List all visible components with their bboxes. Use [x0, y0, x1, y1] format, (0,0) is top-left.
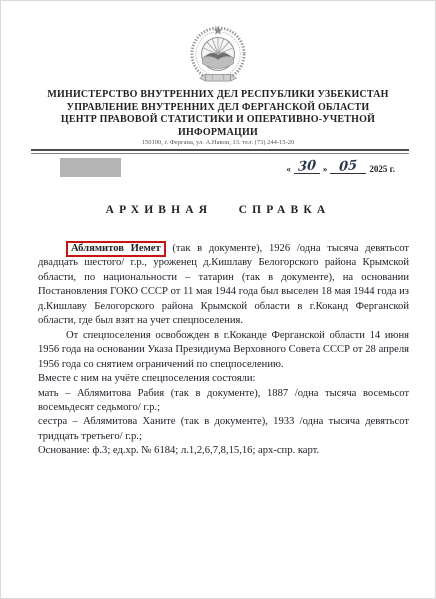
paragraph-release: От спецпоселения освобожден в г.Коканде …	[38, 329, 409, 372]
date-close-quote: »	[323, 164, 328, 174]
date-year: 2025 г.	[369, 164, 395, 174]
highlighted-subject-name: Аблямитов Иемет	[66, 241, 166, 257]
handwritten-day: 30	[298, 160, 317, 174]
paragraph-basis: Основание: ф.3; ед.хр. № 6184; л.1,2,6,7…	[38, 444, 409, 458]
archival-certificate-page: МИНИСТЕРСТВО ВНУТРЕННИХ ДЕЛ РЕСПУБЛИКИ У…	[0, 0, 436, 599]
redacted-number-block	[60, 158, 121, 177]
paragraph-mother: мать – Аблямитова Рабия (так в документе…	[38, 387, 409, 416]
uzbekistan-emblem-icon	[187, 25, 249, 88]
date-month-field: 05	[330, 161, 366, 174]
letterhead-line-2: УПРАВЛЕНИЕ ВНУТРЕННИХ ДЕЛ ФЕРГАНСКОЙ ОБЛ…	[19, 102, 417, 115]
certificate-body: Аблямитов Иемет (так в документе), 1926 …	[38, 242, 409, 459]
handwritten-month: 05	[339, 160, 358, 174]
header-divider-thin	[31, 153, 409, 154]
document-title: АРХИВНАЯ СПРАВКА	[1, 204, 435, 216]
letterhead-line-3: ЦЕНТР ПРАВОВОЙ СТАТИСТИКИ И ОПЕРАТИВНО-У…	[19, 114, 417, 127]
paragraph-sister: сестра – Аблямитова Ханите (так в докуме…	[38, 415, 409, 444]
ministry-letterhead: МИНИСТЕРСТВО ВНУТРЕННИХ ДЕЛ РЕСПУБЛИКИ У…	[19, 89, 417, 139]
letterhead-line-1: МИНИСТЕРСТВО ВНУТРЕННИХ ДЕЛ РЕСПУБЛИКИ У…	[19, 89, 417, 102]
header-divider-thick	[31, 149, 409, 151]
date-day-field: 30	[294, 161, 320, 174]
date-open-quote: «	[286, 164, 291, 174]
letterhead-address: 150100, г. Фергана, ул. А.Навои, 13. тел…	[1, 139, 435, 146]
letterhead-line-4: ИНФОРМАЦИИ	[19, 127, 417, 140]
paragraph-subject-text: (так в документе), 1926 /одна тысяча дев…	[38, 243, 409, 326]
paragraph-family-intro: Вместе с ним на учёте спецпоселения сост…	[38, 372, 409, 386]
paragraph-subject: Аблямитов Иемет (так в документе), 1926 …	[38, 242, 409, 329]
document-date: «30» 05 2025 г.	[286, 161, 395, 174]
